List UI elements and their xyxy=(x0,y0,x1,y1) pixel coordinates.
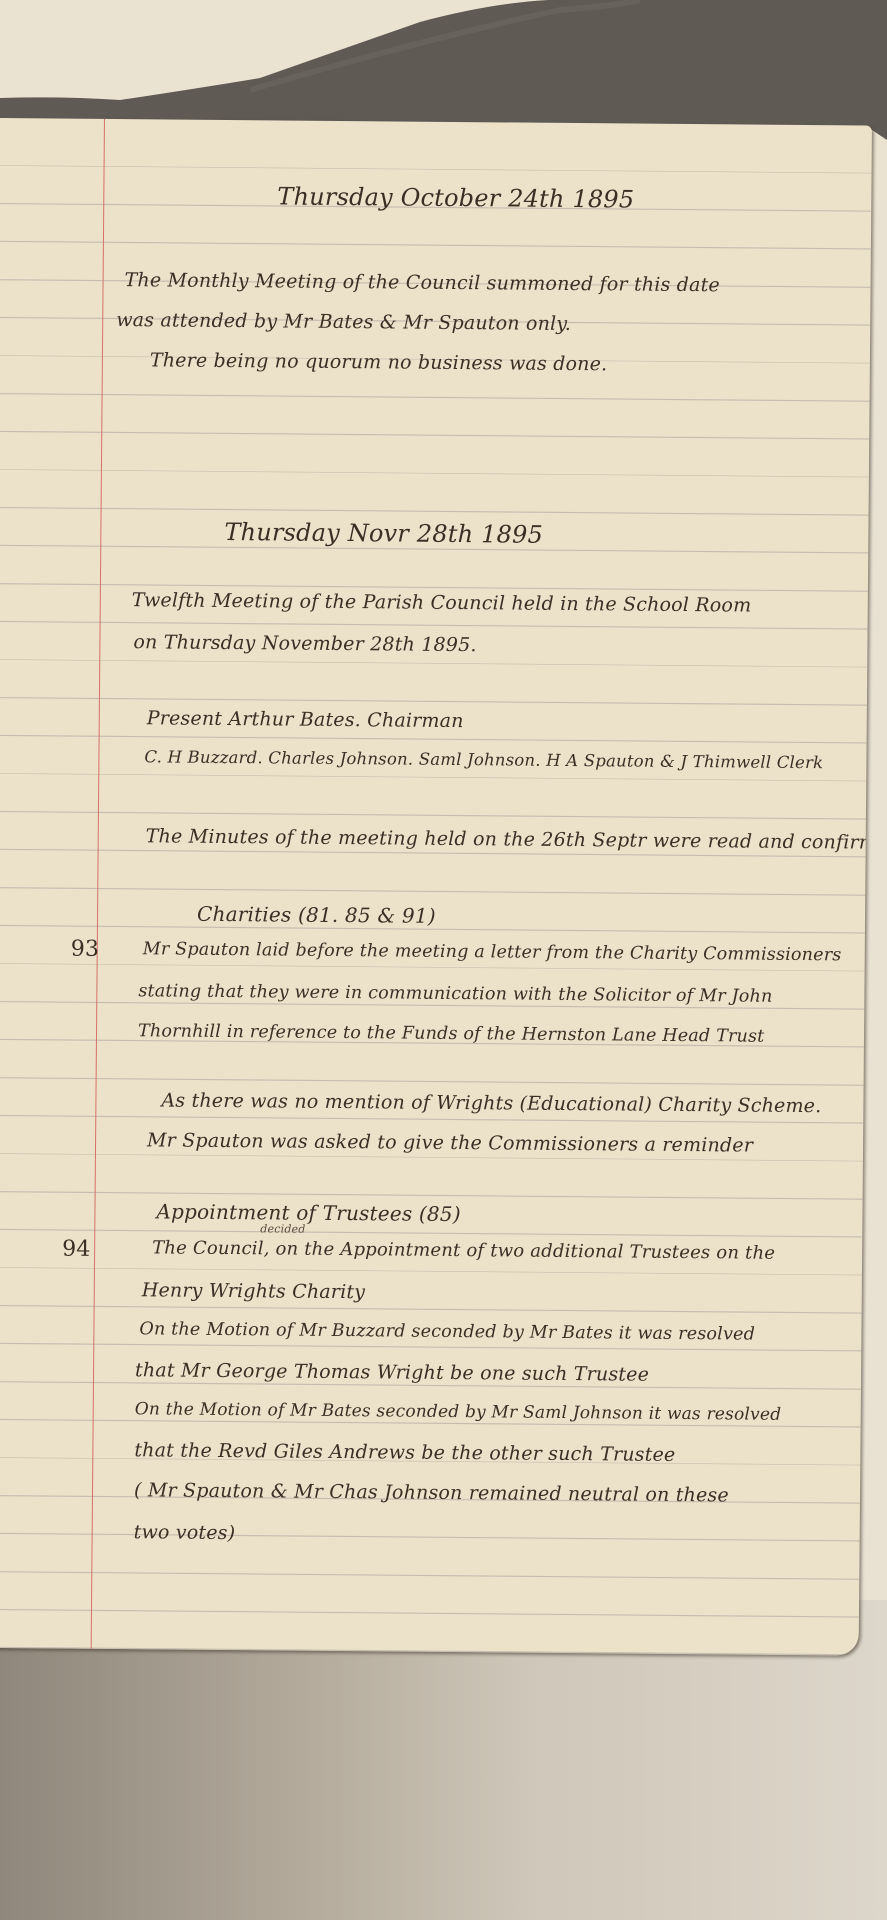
item94-insertion-decided: decided xyxy=(260,1222,305,1235)
entry1-line-3: There being no quorum no business was do… xyxy=(150,349,608,375)
item93-number: 93 xyxy=(71,937,100,962)
date-heading-nov-28: Thursday Novr 28th 1895 xyxy=(224,518,543,549)
ruled-lines xyxy=(0,118,872,1656)
item94-number: 94 xyxy=(62,1237,91,1262)
item94-heading: Appointment of Trustees (85) xyxy=(156,1199,461,1226)
item94-line-2: Henry Wrights Charity xyxy=(142,1279,366,1303)
intro-line-2: on Thursday November 28th 1895. xyxy=(133,631,476,656)
entry1-line-2: was attended by Mr Bates & Mr Spauton on… xyxy=(116,309,571,335)
present-line-1: Present Arthur Bates. Chairman xyxy=(147,707,464,732)
item94-line-8: two votes) xyxy=(134,1521,236,1544)
date-heading-oct-24: Thursday October 24th 1895 xyxy=(277,182,634,213)
item94-line-4: that Mr George Thomas Wright be one such… xyxy=(135,1359,649,1385)
ledger-page: Thursday October 24th 1895 The Monthly M… xyxy=(0,118,872,1656)
item93-heading: Charities (81. 85 & 91) xyxy=(197,902,436,928)
item94-line-6: that the Revd Giles Andrews be the other… xyxy=(134,1439,675,1466)
